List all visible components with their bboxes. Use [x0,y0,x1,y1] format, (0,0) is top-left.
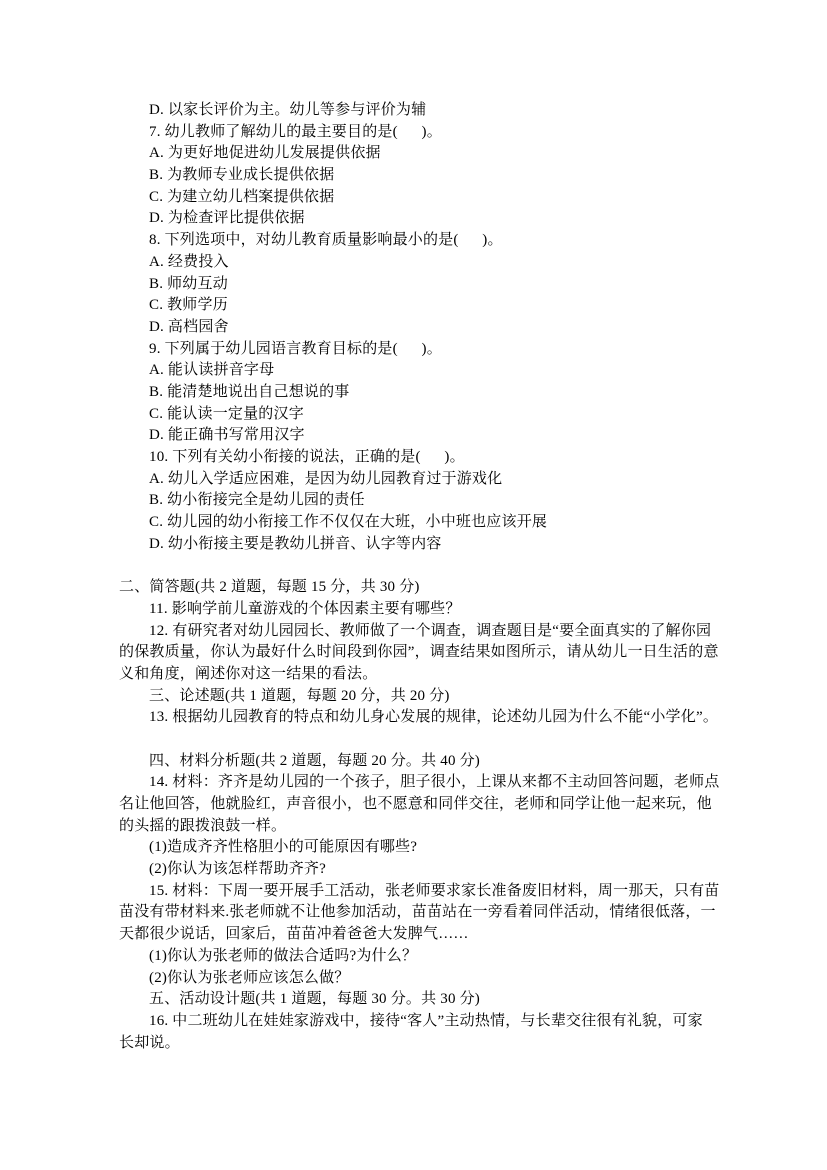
text-line-continuation: 天都很少说话，回家后，苗苗冲着爸爸大发脾气…… [119,924,719,946]
text-line-option: D. 以家长评价为主。幼儿等参与评价为辅 [119,100,719,122]
text-line-section-header: 四、材料分析题(共 2 道题，每题 20 分。共 40 分) [119,751,719,773]
text-line-question: 11. 影响学前儿童游戏的个体因素主要有哪些？ [119,599,719,621]
text-line-option: D. 高档园舍 [119,317,719,339]
text-line-continuation: 的保教质量，你认为最好什么时间段到你园”，调查结果如图所示，请从幼儿一日生活的意 [119,642,719,664]
text-line-option: A. 经费投入 [119,252,719,274]
text-line-sub-question: (1)造成齐齐性格胆小的可能原因有哪些? [119,837,719,859]
text-line-option: C. 教师学历 [119,295,719,317]
text-line-continuation: 义和角度，阐述你对这一结果的看法。 [119,664,719,686]
text-line-option: D. 能正确书写常用汉字 [119,425,719,447]
text-line-question: 9. 下列属于幼儿园语言教育目标的是( )。 [119,339,719,361]
text-line-section-header: 二、简答题(共 2 道题，每题 15 分，共 30 分) [119,577,719,599]
text-line-option: A. 幼儿入学适应困难，是因为幼儿园教育过于游戏化 [119,469,719,491]
text-line-question: 13. 根据幼儿园教育的特点和幼儿身心发展的规律，论述幼儿园为什么不能“小学化”… [119,707,719,729]
text-line-continuation: 苗没有带材料来.张老师就不让他参加活动，苗苗站在一旁看着同伴活动，情绪很低落，一 [119,902,719,924]
text-line-option: B. 幼小衔接完全是幼儿园的责任 [119,490,719,512]
blank-line [119,729,719,751]
text-line-option: C. 能认读一定量的汉字 [119,404,719,426]
text-line-section-header: 三、论述题(共 1 道题，每题 20 分，共 20 分) [119,686,719,708]
text-line-question: 16. 中二班幼儿在娃娃家游戏中，接待“客人”主动热情，与长辈交往很有礼貌，可家 [119,1011,719,1033]
text-line-question: 14. 材料：齐齐是幼儿园的一个孩子，胆子很小，上课从来都不主动回答问题，老师点 [119,772,719,794]
text-line-question: 15. 材料：下周一要开展手工活动，张老师要求家长准备废旧材料，周一那天，只有苗 [119,881,719,903]
text-line-section-header: 五、活动设计题(共 1 道题，每题 30 分。共 30 分) [119,989,719,1011]
blank-line [119,555,719,577]
exam-document: D. 以家长评价为主。幼儿等参与评价为辅7. 幼儿教师了解幼儿的最主要目的是( … [119,100,719,1054]
text-line-option: C. 幼儿园的幼小衔接工作不仅仅在大班，小中班也应该开展 [119,512,719,534]
text-line-question: 12. 有研究者对幼儿园园长、教师做了一个调查，调查题目是“要全面真实的了解你园 [119,621,719,643]
text-line-option: B. 师幼互动 [119,274,719,296]
text-line-continuation: 的头摇的跟拨浪鼓一样。 [119,816,719,838]
text-line-continuation: 名让他回答，他就脸红，声音很小，也不愿意和同伴交往，老师和同学让他一起来玩，他 [119,794,719,816]
text-line-question: 8. 下列选项中，对幼儿教育质量影响最小的是( )。 [119,230,719,252]
text-line-option: A. 能认读拼音字母 [119,360,719,382]
text-line-question: 7. 幼儿教师了解幼儿的最主要目的是( )。 [119,122,719,144]
text-line-continuation: 长却说。 [119,1033,719,1055]
text-line-sub-question: (2)你认为张老师应该怎么做？ [119,968,719,990]
text-line-option: D. 幼小衔接主要是教幼儿拼音、认字等内容 [119,534,719,556]
text-line-option: B. 能清楚地说出自己想说的事 [119,382,719,404]
text-line-option: C. 为建立幼儿档案提供依据 [119,187,719,209]
text-line-sub-question: (1)你认为张老师的做法合适吗?为什么？ [119,946,719,968]
text-line-question: 10. 下列有关幼小衔接的说法，正确的是( )。 [119,447,719,469]
text-line-option: B. 为教师专业成长提供依据 [119,165,719,187]
text-line-sub-question: (2)你认为该怎样帮助齐齐? [119,859,719,881]
text-line-option: A. 为更好地促进幼儿发展提供依据 [119,143,719,165]
text-line-option: D. 为检查评比提供依据 [119,208,719,230]
